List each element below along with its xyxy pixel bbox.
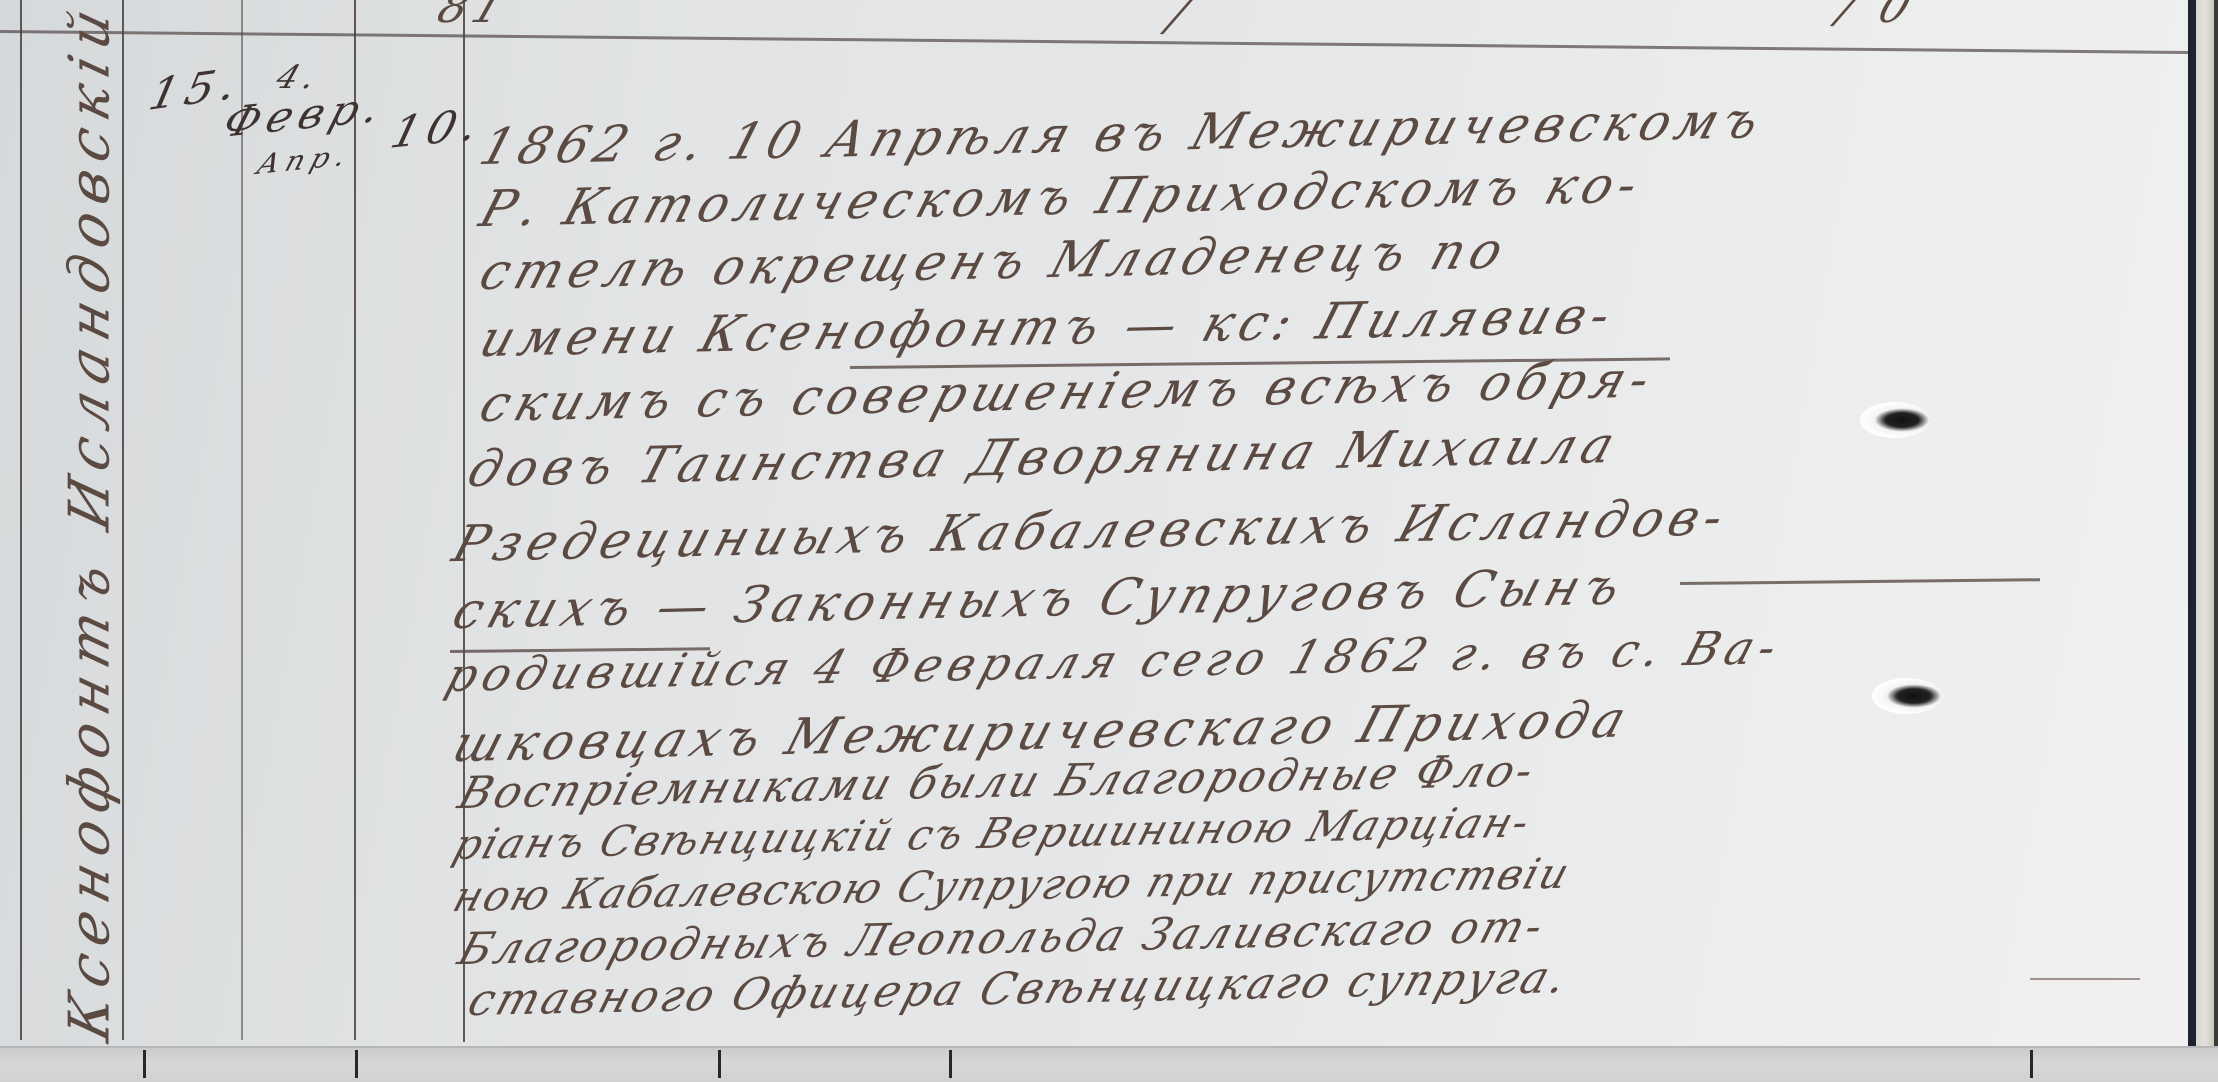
binding-edge <box>2214 0 2218 1046</box>
column-rule-1 <box>20 0 22 1040</box>
column-rule-3 <box>241 0 243 1040</box>
binding-gap <box>2188 0 2196 1046</box>
closing-dash <box>2030 978 2140 980</box>
baptism-day: 10. <box>385 99 489 159</box>
paper-hole <box>1860 402 1930 438</box>
underlying-rule <box>718 1050 721 1078</box>
underlying-page <box>0 1046 2218 1082</box>
previous-entry-fragment: / <box>1161 0 1200 41</box>
header-rule <box>0 30 2190 54</box>
underlying-rule <box>2030 1050 2033 1078</box>
paper-hole <box>1872 678 1942 714</box>
birth-month: Февр. <box>218 82 393 147</box>
ledger-page: 81 / / 0 Ксенофонтъ Исландовскій 15. 4. … <box>0 0 2190 1046</box>
underlying-rule <box>143 1050 146 1078</box>
underlying-rule <box>355 1050 358 1078</box>
previous-entry-fragment: 81 <box>431 0 518 33</box>
column-rule-4 <box>354 0 356 1040</box>
previous-entry-fragment: / 0 <box>1831 0 1924 33</box>
underlying-rule <box>949 1050 952 1078</box>
margin-child-name: Ксенофонтъ Исландовскій <box>58 0 123 1046</box>
baptism-month: Апр. <box>253 139 356 181</box>
surname-underline <box>1680 578 2040 585</box>
